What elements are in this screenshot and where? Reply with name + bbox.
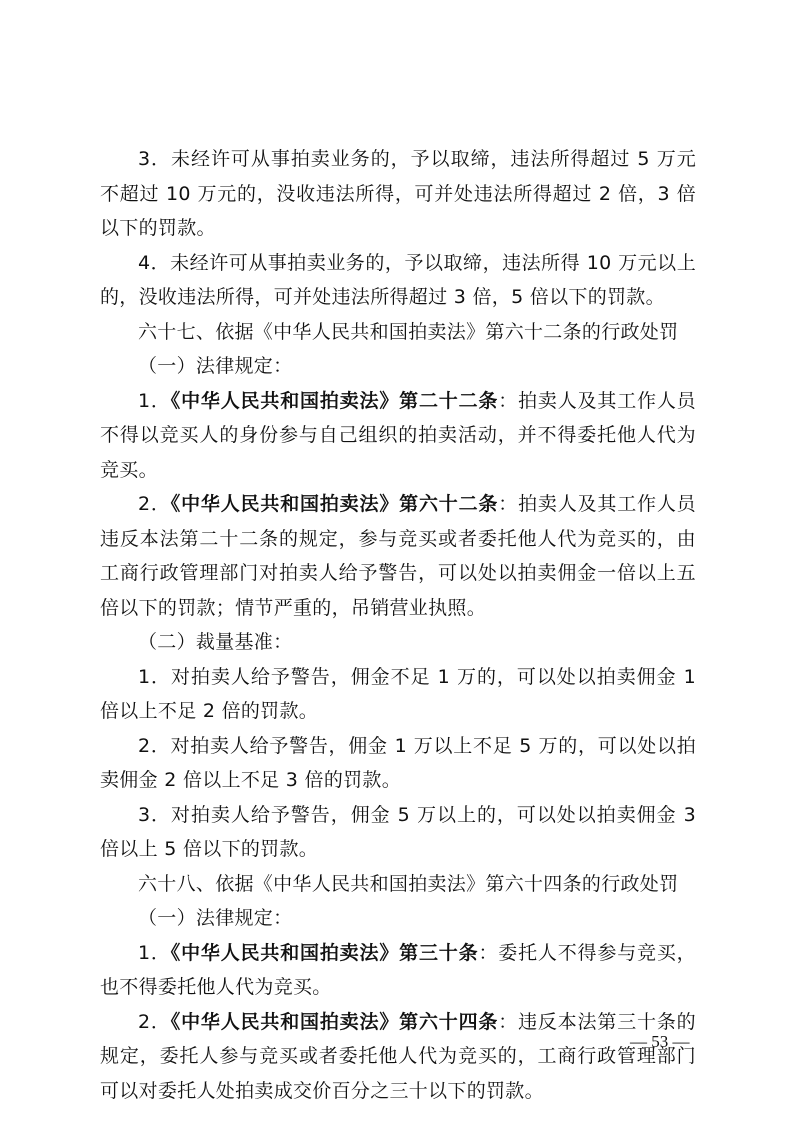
paragraph-item-3-unlicensed: 3．未经许可从事拍卖业务的，予以取缔，违法所得超过 5 万元不超过 10 万元的… bbox=[100, 142, 696, 246]
standard-item-3: 3．对拍卖人给予警告，佣金 5 万以上的，可以处以拍卖佣金 3 倍以上 5 倍以… bbox=[100, 798, 696, 867]
subheading-discretion-standard: （二）裁量基准： bbox=[100, 625, 696, 660]
article-citation: 《中华人民共和国拍卖法》第六十四条 bbox=[171, 1011, 499, 1033]
subheading-legal-provisions: （一）法律规定： bbox=[100, 901, 696, 936]
article-citation: 《中华人民共和国拍卖法》第三十条 bbox=[171, 942, 479, 964]
article-citation: 《中华人民共和国拍卖法》第二十二条 bbox=[171, 390, 499, 412]
paragraph-item-4-unlicensed: 4．未经许可从事拍卖业务的，予以取缔，违法所得 10 万元以上的，没收违法所得，… bbox=[100, 246, 696, 315]
article-paragraph: 1．《中华人民共和国拍卖法》第二十二条：拍卖人及其工作人员不得以竞买人的身份参与… bbox=[100, 384, 696, 488]
article-paragraph: 2．《中华人民共和国拍卖法》第六十二条：拍卖人及其工作人员违反本法第二十二条的规… bbox=[100, 487, 696, 625]
section-heading-68: 六十八、依据《中华人民共和国拍卖法》第六十四条的行政处罚 bbox=[100, 867, 696, 902]
article-prefix: 1． bbox=[138, 942, 171, 964]
document-page: 3．未经许可从事拍卖业务的，予以取缔，违法所得超过 5 万元不超过 10 万元的… bbox=[100, 142, 696, 1108]
page-number: — 53 — bbox=[630, 1032, 690, 1052]
article-paragraph: 2．《中华人民共和国拍卖法》第六十四条：违反本法第三十条的规定，委托人参与竞买或… bbox=[100, 1005, 696, 1109]
standard-item-2: 2．对拍卖人给予警告，佣金 1 万以上不足 5 万的，可以处以拍卖佣金 2 倍以… bbox=[100, 729, 696, 798]
section-heading-67: 六十七、依据《中华人民共和国拍卖法》第六十二条的行政处罚 bbox=[100, 315, 696, 350]
article-prefix: 2． bbox=[138, 493, 171, 515]
article-paragraph: 1．《中华人民共和国拍卖法》第三十条：委托人不得参与竞买，也不得委托他人代为竞买… bbox=[100, 936, 696, 1005]
article-prefix: 2． bbox=[138, 1011, 171, 1033]
subheading-legal-provisions: （一）法律规定： bbox=[100, 349, 696, 384]
article-citation: 《中华人民共和国拍卖法》第六十二条 bbox=[171, 493, 499, 515]
standard-item-1: 1．对拍卖人给予警告，佣金不足 1 万的，可以处以拍卖佣金 1 倍以上不足 2 … bbox=[100, 660, 696, 729]
article-prefix: 1． bbox=[138, 390, 171, 412]
